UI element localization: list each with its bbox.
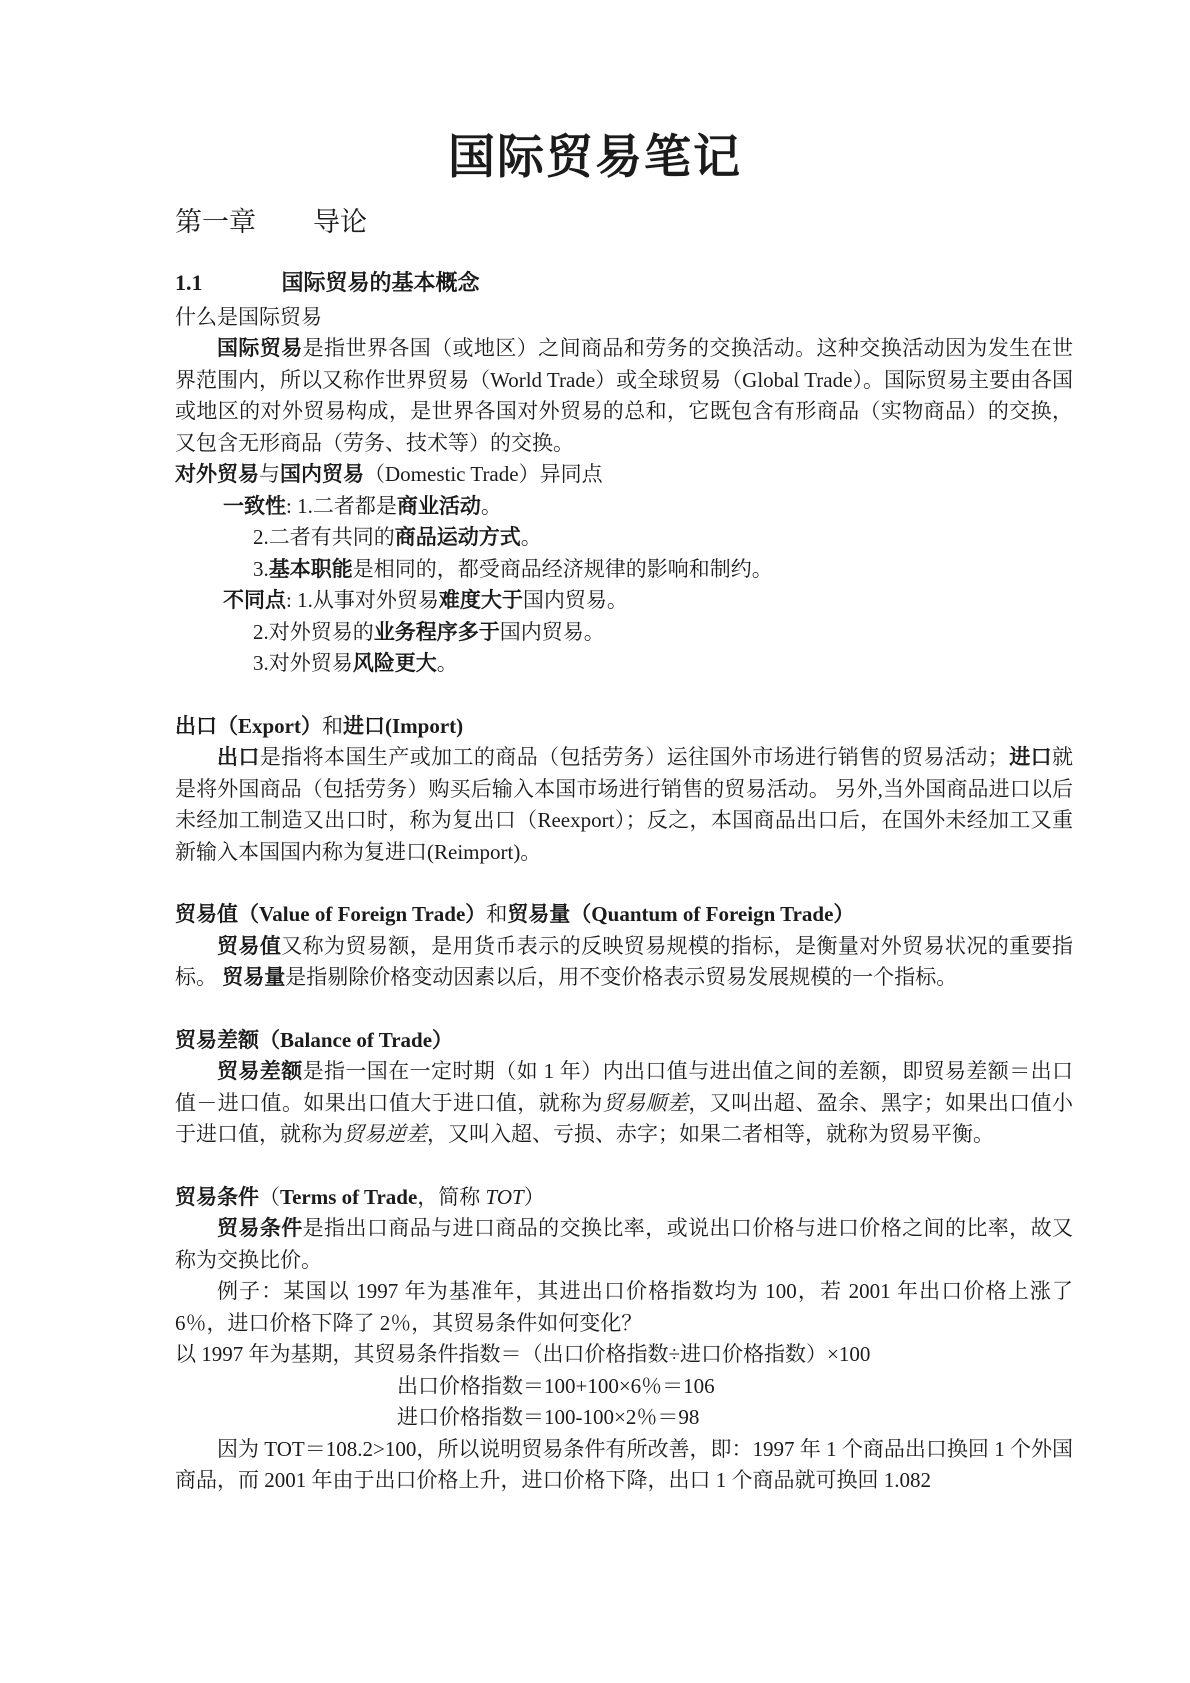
- text-segment: 风险更大: [353, 651, 437, 675]
- trade-balance-paragraph: 贸易差额是指一国在一定时期（如 1 年）内出口值与进出值之间的差额，即贸易差额＝…: [175, 1056, 1073, 1151]
- text-segment: 基本职能: [269, 557, 353, 581]
- text-segment: : 1.从事对外贸易: [286, 588, 439, 612]
- text-segment: 贸易逆差: [343, 1122, 427, 1146]
- text-segment: 进口(Import): [343, 714, 463, 738]
- text-segment: 贸易量（Quantum of Foreign Trade）: [507, 902, 854, 926]
- text-segment: 例子：某国以 1997 年为基准年，其进出口价格指数均为 100，若 2001 …: [175, 1279, 1073, 1335]
- text-segment: 以 1997 年为基期，其贸易条件指数＝（出口价格指数÷进口价格指数）×100: [175, 1342, 870, 1366]
- text-segment: ，简称: [417, 1185, 485, 1209]
- text-segment: （Domestic Trade）异同点: [364, 462, 603, 486]
- what-is-line: 什么是国际贸易: [175, 302, 1073, 334]
- text-segment: 国际贸易: [217, 336, 303, 360]
- text-segment: 是指剔除价格变动因素以后，用不变价格表示贸易发展规模的一个指标。: [285, 965, 957, 989]
- trade-balance-heading: 贸易差额（Balance of Trade）: [175, 1025, 1073, 1057]
- text-segment: 业务程序多于: [374, 620, 500, 644]
- text-segment: 是指世界各国（或地区）之间商品和劳务的交换活动。这种交换活动因为发生在世界范围内…: [175, 336, 1073, 455]
- text-segment: 是指将本国生产或加工的商品（包括劳务）运往国外市场进行销售的贸易活动；: [260, 745, 1009, 769]
- text-segment: 一致性: [223, 494, 286, 518]
- example-paragraph: 例子：某国以 1997 年为基准年，其进出口价格指数均为 100，若 2001 …: [175, 1276, 1073, 1339]
- text-segment: 进口: [1009, 745, 1052, 769]
- text-segment: 贸易条件: [217, 1216, 303, 1240]
- text-segment: 贸易值: [217, 934, 281, 958]
- text-segment: 和: [486, 902, 507, 926]
- difference-item-3: 3.对外贸易风险更大。: [175, 648, 1073, 680]
- text-segment: 是相同的，都受商品经济规律的影响和制约。: [353, 557, 773, 581]
- text-segment: 是指出口商品与进口商品的交换比率，或说出口价格与进口价格之间的比率，故又称为交换…: [175, 1216, 1073, 1272]
- text-segment: 2.二者有共同的: [253, 525, 395, 549]
- base-year-line: 以 1997 年为基期，其贸易条件指数＝（出口价格指数÷进口价格指数）×100: [175, 1339, 1073, 1371]
- text-segment: 出口（Export）: [175, 714, 322, 738]
- trade-value-heading: 贸易值（Value of Foreign Trade）和贸易量（Quantum …: [175, 899, 1073, 931]
- text-segment: : 1.二者都是: [286, 494, 397, 518]
- text-segment: 。: [481, 494, 502, 518]
- text-segment: 贸易条件: [175, 1185, 259, 1209]
- text-segment: 和: [322, 714, 343, 738]
- terms-of-trade-heading: 贸易条件（Terms of Trade，简称 TOT）: [175, 1182, 1073, 1214]
- text-segment: 。: [521, 525, 542, 549]
- export-price-formula: 出口价格指数＝100+100×6％＝106: [175, 1371, 1073, 1403]
- text-segment: 难度大于: [439, 588, 523, 612]
- text-segment: 2.对外贸易的: [253, 620, 374, 644]
- text-segment: 贸易值（Value of Foreign Trade）: [175, 902, 486, 926]
- section-title: 国际贸易的基本概念: [282, 270, 480, 295]
- document-page: 国际贸易笔记 第一章导论 1.1国际贸易的基本概念 什么是国际贸易 国际贸易是指…: [0, 0, 1190, 1683]
- chapter-title: 导论: [313, 207, 367, 237]
- text-segment: （: [259, 1185, 280, 1209]
- import-price-formula: 进口价格指数＝100-100×2％＝98: [175, 1402, 1073, 1434]
- section-number: 1.1: [175, 270, 203, 295]
- text-segment: 贸易量: [222, 965, 285, 989]
- text-segment: 贸易差额（Balance of Trade）: [175, 1028, 453, 1052]
- text-segment: 国内贸易: [280, 462, 364, 486]
- text-segment: 国内贸易。: [500, 620, 605, 644]
- similarity-item-2: 2.二者有共同的商品运动方式。: [175, 522, 1073, 554]
- chapter-heading: 第一章导论: [175, 205, 1073, 240]
- document-title: 国际贸易笔记: [146, 128, 1044, 189]
- text-segment: 3.: [253, 557, 269, 581]
- intro-paragraph: 国际贸易是指世界各国（或地区）之间商品和劳务的交换活动。这种交换活动因为发生在世…: [175, 333, 1073, 459]
- text-segment: 不同点: [223, 588, 286, 612]
- export-import-heading: 出口（Export）和进口(Import): [175, 711, 1073, 743]
- text-segment: 贸易差额: [217, 1059, 303, 1083]
- export-import-paragraph: 出口是指将本国生产或加工的商品（包括劳务）运往国外市场进行销售的贸易活动；进口就…: [175, 742, 1073, 868]
- terms-of-trade-paragraph: 贸易条件是指出口商品与进口商品的交换比率，或说出口价格与进口价格之间的比率，故又…: [175, 1213, 1073, 1276]
- section-heading: 1.1国际贸易的基本概念: [175, 268, 1073, 298]
- domestic-trade-line: 对外贸易与国内贸易（Domestic Trade）异同点: [175, 459, 1073, 491]
- similarity-item-1: 一致性: 1.二者都是商业活动。: [175, 491, 1073, 523]
- text-segment: 3.对外贸易: [253, 651, 353, 675]
- chapter-number: 第一章: [175, 207, 256, 237]
- text-segment: 出口: [217, 745, 260, 769]
- text-segment: 贸易顺差: [603, 1091, 689, 1115]
- text-segment: 对外贸易: [175, 462, 259, 486]
- text-segment: 与: [259, 462, 280, 486]
- document-body: 什么是国际贸易 国际贸易是指世界各国（或地区）之间商品和劳务的交换活动。这种交换…: [175, 302, 1073, 1497]
- similarity-item-3: 3.基本职能是相同的，都受商品经济规律的影响和制约。: [175, 554, 1073, 586]
- text-segment: 商业活动: [397, 494, 481, 518]
- text-segment: Terms of Trade: [280, 1185, 417, 1209]
- text-segment: ）: [524, 1185, 545, 1209]
- difference-item-1: 不同点: 1.从事对外贸易难度大于国内贸易。: [175, 585, 1073, 617]
- text-segment: ，又叫入超、亏损、赤字；如果二者相等，就称为贸易平衡。: [427, 1122, 994, 1146]
- text-segment: 商品运动方式: [395, 525, 521, 549]
- text-segment: 。: [437, 651, 458, 675]
- text-segment: TOT: [486, 1185, 524, 1209]
- difference-item-2: 2.对外贸易的业务程序多于国内贸易。: [175, 617, 1073, 649]
- trade-value-paragraph: 贸易值又称为贸易额，是用货币表示的反映贸易规模的指标，是衡量对外贸易状况的重要指…: [175, 931, 1073, 994]
- text-segment: 因为 TOT＝108.2>100，所以说明贸易条件有所改善，即：1997 年 1…: [175, 1437, 1073, 1493]
- text-segment: 国内贸易。: [523, 588, 628, 612]
- conclusion-paragraph: 因为 TOT＝108.2>100，所以说明贸易条件有所改善，即：1997 年 1…: [175, 1434, 1073, 1497]
